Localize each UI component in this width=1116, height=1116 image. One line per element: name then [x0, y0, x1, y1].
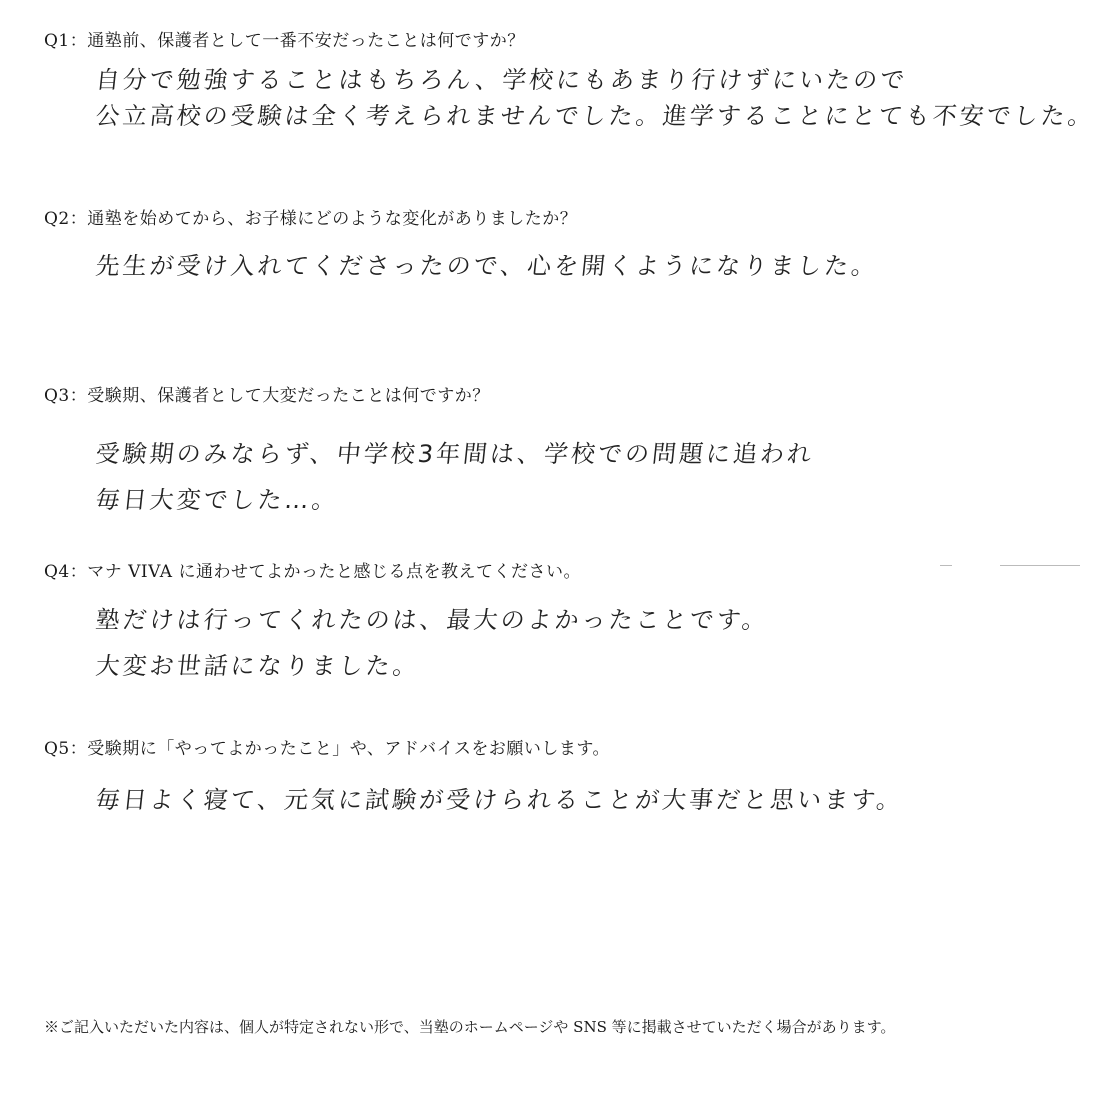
- question-2: Q2：通塾を始めてから、お子様にどのような変化がありましたか？: [44, 204, 577, 229]
- scan-artifact: [940, 565, 952, 566]
- answer-4-line-1: 塾だけは行ってくれたのは、最大のよかったことです。: [94, 600, 771, 635]
- question-1: Q1：通塾前、保護者として一番不安だったことは何ですか？: [44, 26, 525, 51]
- answer-3-line-1: 受験期のみならず、中学校3年間は、学校での問題に追われ: [94, 434, 816, 469]
- answer-5-line-1: 毎日よく寝て、元気に試験が受けられることが大事だと思います。: [94, 780, 905, 815]
- question-3: Q3：受験期、保護者として大変だったことは何ですか？: [44, 381, 490, 406]
- answer-1-line-1: 自分で勉強することはもちろん、学校にもあまり行けずにいたので: [94, 60, 909, 95]
- question-5: Q5：受験期に「やってよかったこと」や、アドバイスをお願いします。: [44, 734, 610, 759]
- answer-3-line-2: 毎日大変でした…。: [94, 480, 341, 515]
- answer-1-line-2: 公立高校の受験は全く考えられませんでした。進学することにとても不安でした。: [94, 96, 1097, 131]
- question-4: Q4：マナ VIVA に通わせてよかったと感じる点を教えてください。: [44, 557, 581, 582]
- scan-artifact: [1000, 565, 1080, 566]
- footer-note: ※ご記入いただいた内容は、個人が特定されない形で、当塾のホームページや SNS …: [44, 1016, 895, 1037]
- answer-2-line-1: 先生が受け入れてくださったので、心を開くようになりました。: [94, 246, 880, 281]
- answer-4-line-2: 大変お世話になりました。: [94, 646, 422, 681]
